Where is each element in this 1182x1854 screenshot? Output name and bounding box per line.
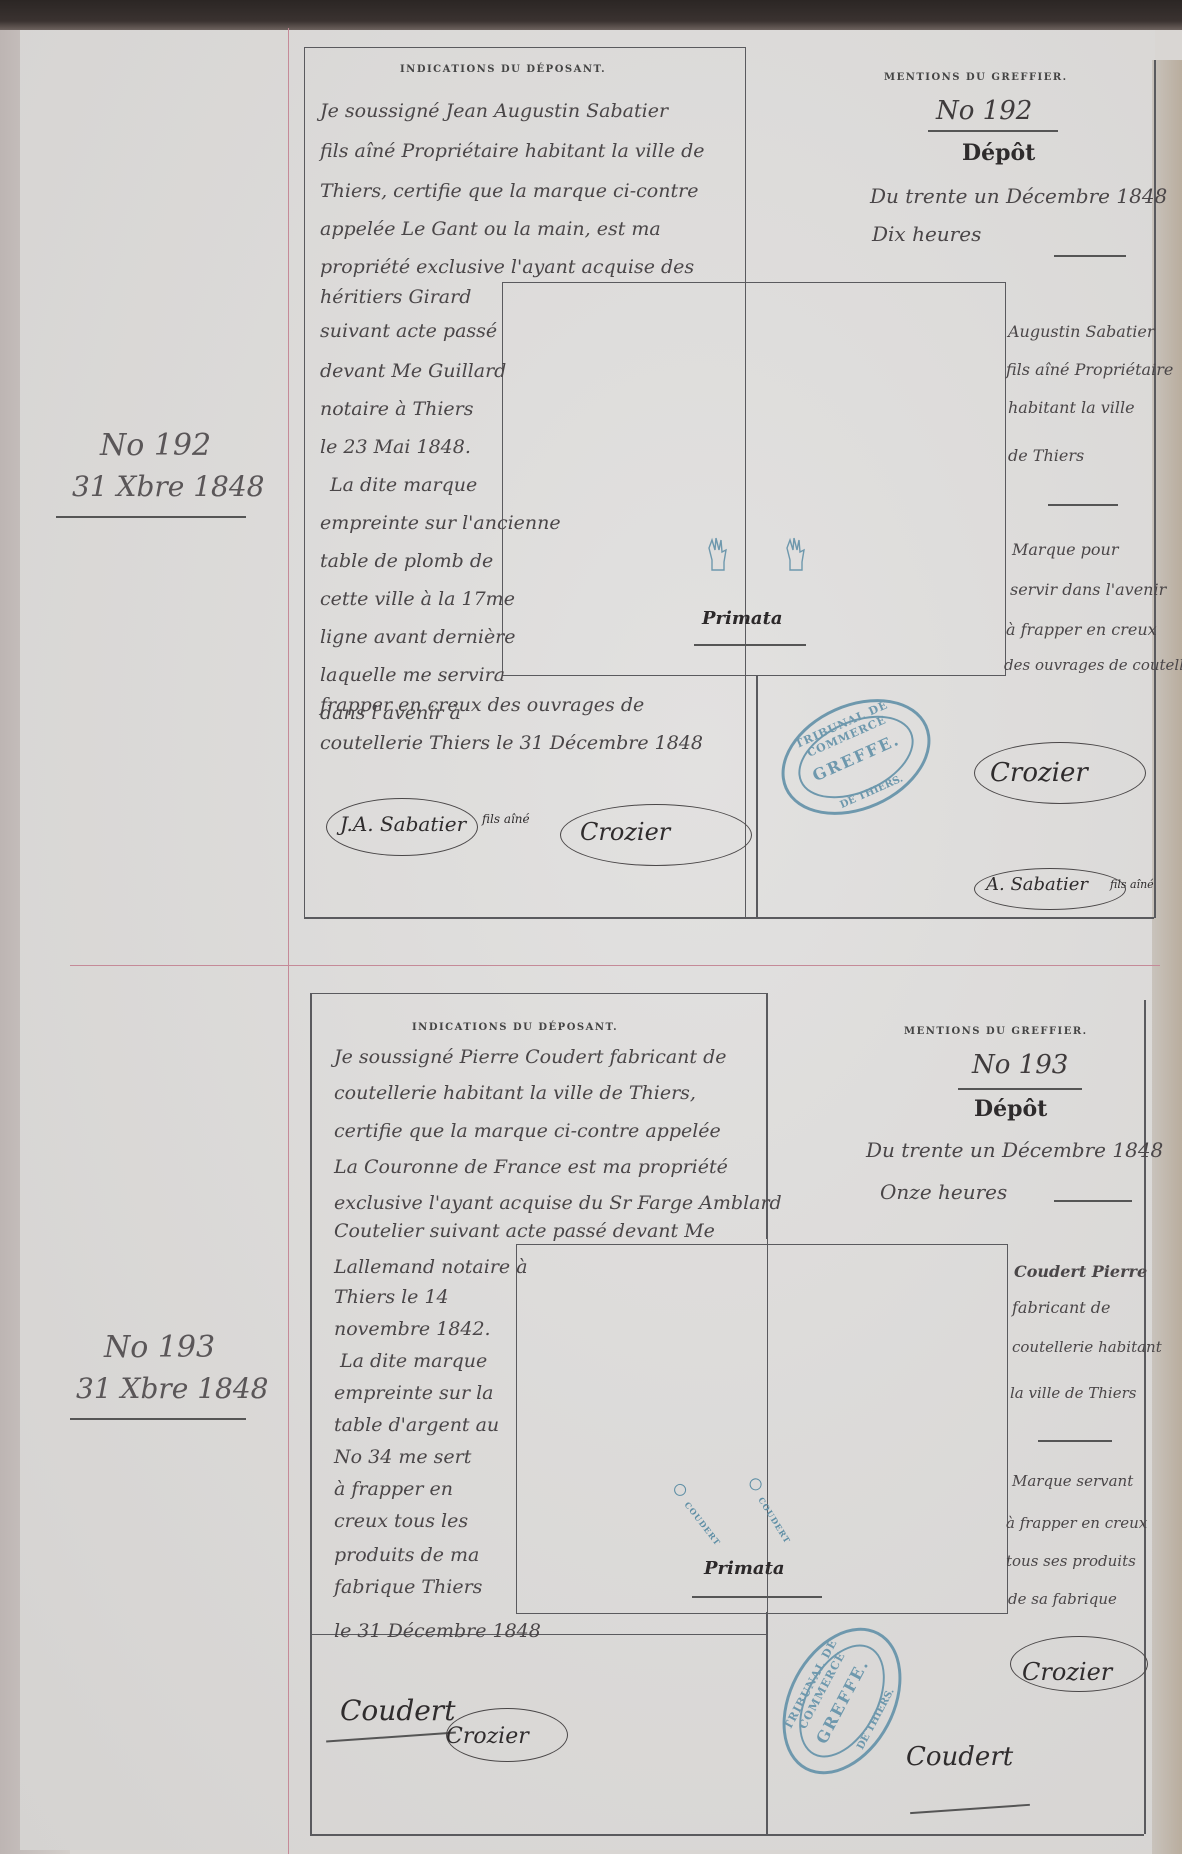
declaration-line: coutellerie Thiers le 31 Décembre 1848 <box>320 732 703 754</box>
greffier-time: Onze heures <box>880 1180 1007 1204</box>
depositor-signature-right: Coudert <box>906 1742 1013 1772</box>
margin-rule <box>288 28 289 1854</box>
margin-note-underline <box>56 516 246 518</box>
declaration-line: Thiers le 14 <box>334 1286 449 1308</box>
greffier-time: Dix heures <box>872 222 981 246</box>
declaration-line: table d'argent au <box>334 1414 499 1436</box>
bottom-frame-line <box>310 1834 1144 1836</box>
depositor-signature-right-suffix: fils aîné <box>1110 878 1154 891</box>
declaration-line: fabrique Thiers <box>334 1576 482 1598</box>
declaration-line: Coutelier suivant acte passé devant Me <box>334 1220 715 1242</box>
declaration-line: devant Me Guillard <box>320 360 506 382</box>
bottom-frame-line <box>304 917 1154 919</box>
greffier-signature-right: Crozier <box>990 758 1088 788</box>
greffier-depositor: fabricant de <box>1012 1298 1111 1317</box>
greffier-depositor: Coudert Pierre <box>1014 1262 1147 1281</box>
header-mentions-greffier: MENTIONS DU GREFFIER. <box>884 72 1068 83</box>
margin-note-date: 31 Xbre 1848 <box>72 470 265 503</box>
header-indications-deposant: INDICATIONS DU DÉPOSANT. <box>400 64 606 75</box>
depositor-signature: Coudert <box>340 1694 455 1727</box>
greffier-mark-desc: des ouvrages de coutellerie <box>1004 656 1182 674</box>
greffier-mark-desc: servir dans l'avenir <box>1010 580 1166 599</box>
declaration-line: à frapper en <box>334 1478 453 1500</box>
greffier-number: No 193 <box>972 1050 1068 1080</box>
greffier-depositor-underline <box>1048 504 1118 506</box>
frame-divider <box>756 675 758 918</box>
declaration-line: le 23 Mai 1848. <box>320 436 471 458</box>
declaration-line: empreinte sur l'ancienne <box>320 512 561 534</box>
frame-divider <box>766 1612 768 1834</box>
margin-note-date: 31 Xbre 1848 <box>76 1372 269 1405</box>
mark-label-underline <box>692 1596 822 1598</box>
declaration-line: notaire à Thiers <box>320 398 474 420</box>
greffier-number-underline <box>958 1088 1082 1090</box>
declaration-line: propriété exclusive l'ayant acquise des <box>320 256 694 278</box>
declaration-line: suivant acte passé <box>320 320 497 342</box>
depositor-signature-suffix: fils aîné <box>482 812 530 826</box>
depositor-signature-right: A. Sabatier <box>986 874 1088 895</box>
page-top-shadow <box>0 0 1182 30</box>
book-right-edge <box>1152 60 1182 1854</box>
greffier-mark-desc: tous ses produits <box>1006 1552 1136 1570</box>
declaration-line: coutellerie habitant la ville de Thiers, <box>334 1082 696 1104</box>
declaration-line: Je soussigné Jean Augustin Sabatier <box>320 100 668 122</box>
greffier-signature: Crozier <box>580 818 670 846</box>
greffier-mark-desc: à frapper en creux <box>1006 1514 1147 1532</box>
greffier-number: No 192 <box>936 96 1032 126</box>
margin-note-number: No 193 <box>104 1330 215 1365</box>
greffier-depositor: coutellerie habitant <box>1012 1338 1162 1356</box>
margin-note-underline <box>70 1418 246 1420</box>
frame-right-line <box>1144 1000 1146 1834</box>
greffier-signature-right: Crozier <box>1022 1658 1112 1686</box>
declaration-line: No 34 me sert <box>334 1446 471 1468</box>
mark-label: Primata <box>702 608 783 629</box>
hand-mark-icon <box>706 536 730 572</box>
depositor-signature: J.A. Sabatier <box>340 812 466 836</box>
declaration-line: exclusive l'ayant acquise du Sr Farge Am… <box>334 1192 782 1214</box>
declaration-line: La dite marque <box>340 1350 487 1372</box>
mark-label-underline <box>694 644 806 646</box>
declaration-line: La dite marque <box>330 474 477 496</box>
mark-label: Primata <box>704 1558 785 1579</box>
header-indications-deposant: INDICATIONS DU DÉPOSANT. <box>412 1022 618 1033</box>
declaration-line: frapper en creux des ouvrages de <box>320 694 644 716</box>
greffier-number-underline <box>928 130 1058 132</box>
declaration-line: empreinte sur la <box>334 1382 494 1404</box>
declaration-line: ligne avant dernière <box>320 626 516 648</box>
declaration-line: fils aîné Propriétaire habitant la ville… <box>320 140 705 162</box>
declaration-line: Lallemand notaire à <box>334 1256 528 1278</box>
greffier-mark-desc: à frapper en creux <box>1006 620 1157 639</box>
declaration-line: table de plomb de <box>320 550 493 572</box>
declaration-line: Je soussigné Pierre Coudert fabricant de <box>334 1046 727 1068</box>
greffier-time-underline <box>1054 255 1126 257</box>
greffier-mark-desc: de sa fabrique <box>1008 1590 1117 1608</box>
declaration-line: La Couronne de France est ma propriété <box>334 1156 728 1178</box>
greffier-depositor: Augustin Sabatier <box>1008 322 1155 341</box>
declaration-line: creux tous les <box>334 1510 468 1532</box>
declaration-line: cette ville à la 17me <box>320 588 515 610</box>
hand-mark-icon <box>784 536 808 572</box>
frame-left-line <box>310 993 312 1835</box>
greffier-depot: Dépôt <box>962 140 1035 166</box>
declaration-line: certifie que la marque ci-contre appelée <box>334 1120 721 1142</box>
greffier-depositor-underline <box>1038 1440 1112 1442</box>
declaration-line: Thiers, certifie que la marque ci-contre <box>320 180 698 202</box>
greffier-depositor: habitant la ville <box>1008 398 1135 417</box>
greffier-depositor: la ville de Thiers <box>1010 1384 1136 1402</box>
declaration-line: novembre 1842. <box>334 1318 491 1340</box>
declaration-line: héritiers Girard <box>320 286 471 308</box>
greffier-depositor: fils aîné Propriétaire <box>1006 360 1173 379</box>
greffier-mark-desc: Marque pour <box>1012 540 1119 559</box>
greffier-depositor: de Thiers <box>1008 446 1084 465</box>
greffier-time-underline <box>1054 1200 1132 1202</box>
greffier-depot: Dépôt <box>974 1096 1047 1122</box>
margin-note-number: No 192 <box>100 428 211 463</box>
greffier-date: Du trente un Décembre 1848 <box>866 1138 1163 1162</box>
greffier-mark-desc: Marque servant <box>1012 1472 1133 1490</box>
greffier-date: Du trente un Décembre 1848 <box>870 184 1167 208</box>
entry-separator-rule <box>70 965 1160 966</box>
declaration-line: laquelle me servira <box>320 664 505 686</box>
declaration-line: produits de ma <box>334 1544 479 1566</box>
declaration-line: le 31 Décembre 1848 <box>334 1620 541 1642</box>
greffier-signature: Crozier <box>446 1724 529 1749</box>
declaration-line: appelée Le Gant ou la main, est ma <box>320 218 661 240</box>
header-mentions-greffier: MENTIONS DU GREFFIER. <box>904 1026 1088 1037</box>
